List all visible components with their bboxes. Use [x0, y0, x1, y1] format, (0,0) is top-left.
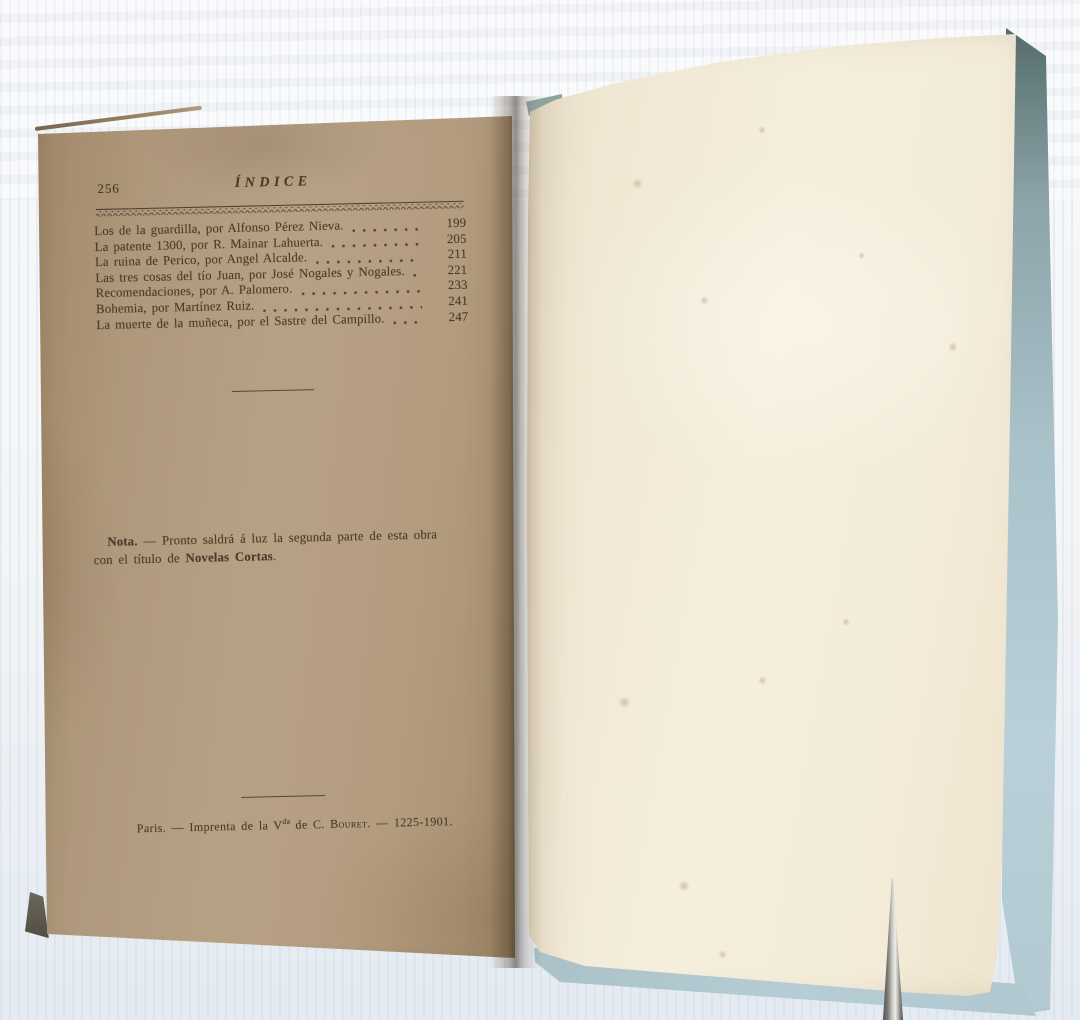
- toc-entry-page: 199: [426, 216, 466, 232]
- toc-entry-page: 205: [426, 231, 466, 247]
- page-header: 256 ÍNDICE: [81, 160, 466, 207]
- toc-entry-page: 211: [427, 247, 467, 263]
- imprint-line: Paris. — Imprenta de la Vda de C. Bouret…: [96, 813, 480, 838]
- foxing-spot: [842, 618, 850, 626]
- dot-leader: [394, 321, 423, 325]
- printer-note: Nota. — Pronto saldrá á luz la segunda p…: [93, 524, 470, 569]
- toc-entry-page: 233: [427, 278, 467, 294]
- imprint-divider: [241, 795, 325, 798]
- dot-leader: [332, 243, 421, 248]
- section-divider: [232, 389, 314, 392]
- index-page-content: 256 ÍNDICE Los de la guardilla, por Alfo…: [81, 160, 482, 929]
- toc-entry-page: 247: [428, 309, 468, 325]
- printer-name: Bouret: [330, 816, 367, 831]
- nota-line2-pre: con el título de: [94, 551, 186, 567]
- toc-list: Los de la guardilla, por Alfonso Pérez N…: [82, 216, 468, 334]
- nota-line2-end: .: [273, 549, 277, 563]
- stacked-page-edge: [35, 106, 202, 131]
- foxing-spot: [700, 296, 709, 305]
- nota-line1: — Pronto saldrá á luz la segunda parte d…: [137, 527, 437, 548]
- imprint-pre: Paris. — Imprenta de la V: [137, 818, 283, 835]
- dot-leader: [414, 274, 422, 277]
- foxing-spot: [718, 950, 727, 959]
- foxing-spot: [632, 178, 643, 189]
- foxing-spot: [618, 696, 631, 709]
- foxing-spot: [758, 676, 767, 685]
- page-header-title: ÍNDICE: [81, 171, 465, 196]
- toc-entry-page: 221: [427, 262, 467, 278]
- right-page: [520, 28, 1022, 1003]
- foxing-spot: [858, 252, 865, 259]
- foxing-spot: [948, 342, 958, 352]
- imprint-mid: de C.: [290, 817, 330, 832]
- nota-line2-bold: Novelas Cortas: [185, 549, 273, 565]
- nota-label: Nota.: [107, 534, 138, 549]
- book-photograph: 256 ÍNDICE Los de la guardilla, por Alfo…: [0, 0, 1080, 1020]
- toc-entry-page: 241: [428, 294, 468, 310]
- foxing-spot: [678, 880, 690, 892]
- left-page: 256 ÍNDICE Los de la guardilla, por Alfo…: [30, 100, 520, 970]
- dot-leader: [353, 227, 421, 232]
- imprint-end: . — 1225-1901.: [367, 814, 453, 830]
- foxing-spot: [758, 126, 766, 134]
